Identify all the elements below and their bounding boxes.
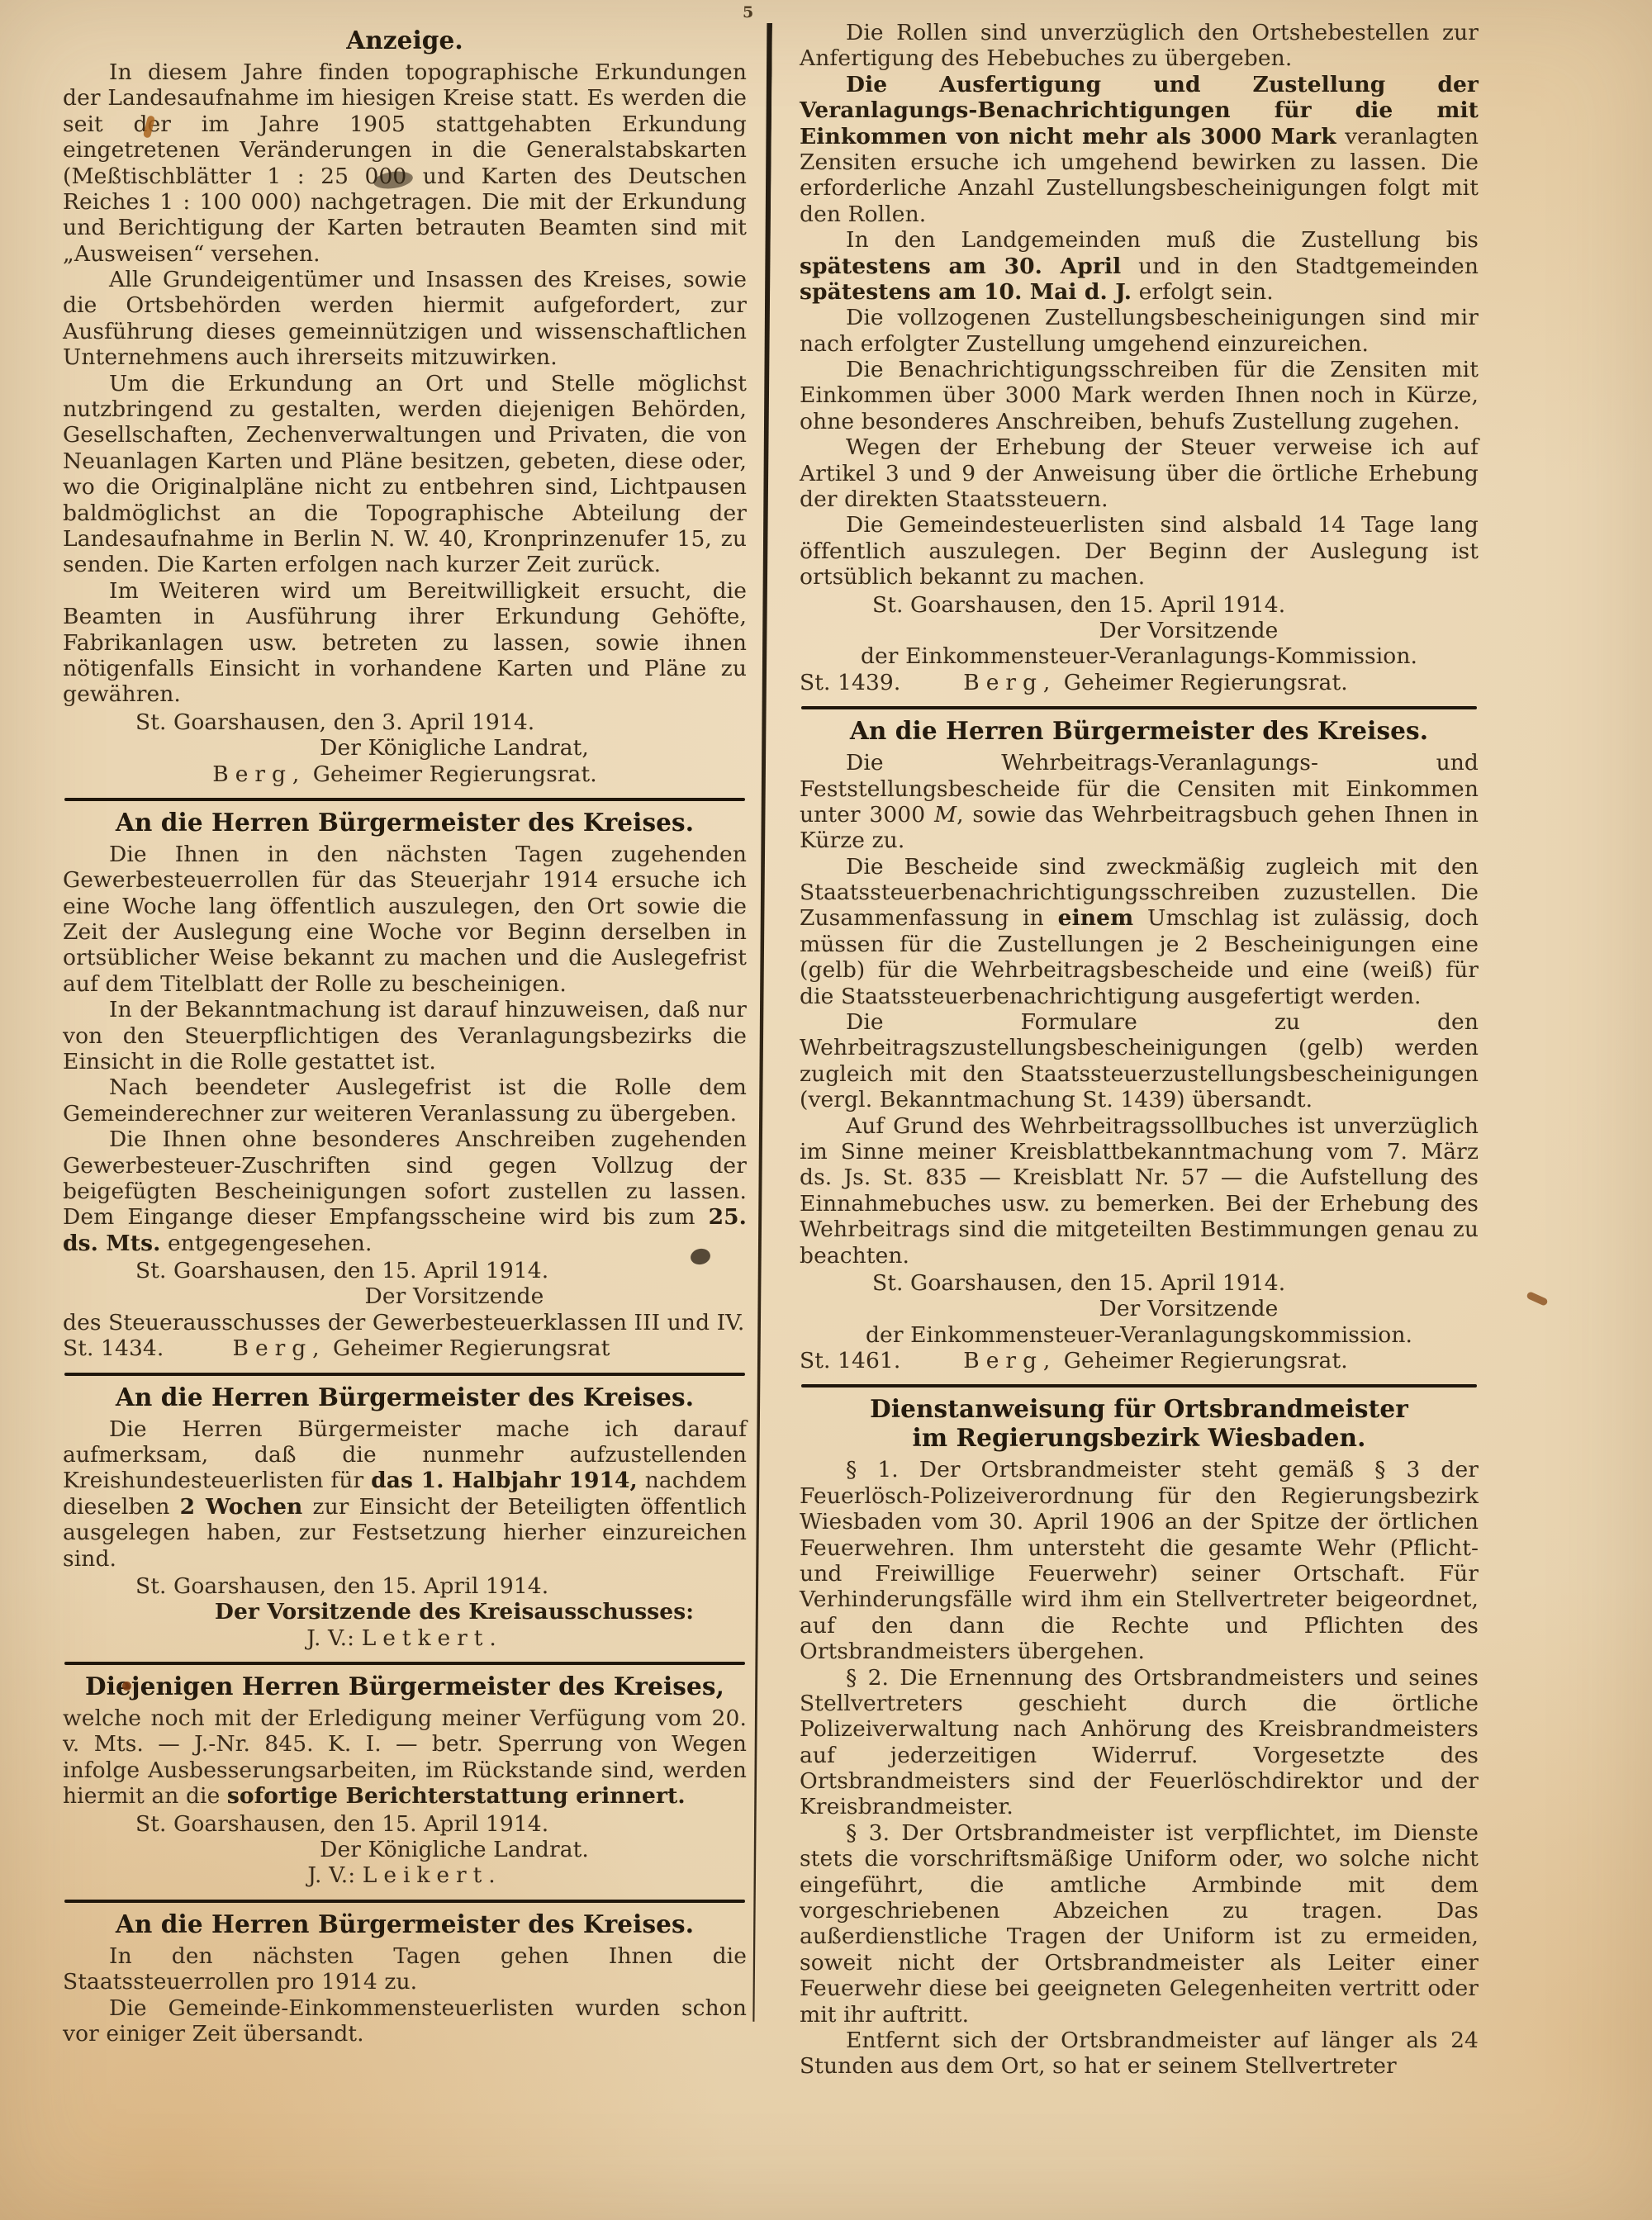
text-run: Die Formulare zu den Wehrbeitragszustell… bbox=[800, 1009, 1479, 1112]
signature-line: Der Vorsitzende bbox=[800, 618, 1479, 643]
paragraph: Auf Grund des Wehrbeitragssollbuches ist… bbox=[800, 1113, 1479, 1269]
dateline: St. Goarshausen, den 15. April 1914. bbox=[800, 592, 1479, 618]
text-run: An die Herren Bürgermeister des Kreises. bbox=[116, 1383, 694, 1411]
signature-row: St. 1439.Berg, Geheimer Regierungsrat. bbox=[800, 670, 1479, 695]
section-heading: An die Herren Bürgermeister des Kreises. bbox=[63, 1383, 747, 1412]
text-run: das 1. Halbjahr 1914, bbox=[371, 1468, 638, 1493]
section-heading: Dienstanweisung für Ortsbrandmeister bbox=[800, 1395, 1479, 1424]
section-subheading: im Regierungsbezirk Wiesbaden. bbox=[800, 1424, 1479, 1453]
text-run: Wegen der Erhebung der Steuer verweise i… bbox=[800, 434, 1479, 512]
signature-line: J. V.: Leikert. bbox=[63, 1862, 747, 1888]
text-run: J. V.: bbox=[307, 1862, 362, 1888]
signature-name: Berg, Geheimer Regierungsrat. bbox=[963, 670, 1347, 695]
reference-number: St. 1461. bbox=[800, 1348, 900, 1373]
text-run: St. Goarshausen, den 15. April 1914. bbox=[135, 1573, 548, 1599]
text-run: Im Weiteren wird um Bereitwilligkeit ers… bbox=[63, 578, 747, 708]
paragraph: In der Bekanntmachung ist darauf hinzuwe… bbox=[63, 997, 747, 1074]
text-run: Berg, bbox=[963, 670, 1056, 695]
paper-stain bbox=[122, 1682, 131, 1691]
section-divider-rule bbox=[64, 1662, 745, 1665]
paragraph: Die Ihnen in den nächsten Tagen zugehend… bbox=[63, 842, 747, 997]
text-run: Die Benachrichtigungsschreiben für die Z… bbox=[800, 357, 1479, 434]
page-number-mark: 5 bbox=[743, 3, 753, 21]
newspaper-page: 5 Anzeige.In diesem Jahre finden topogra… bbox=[0, 0, 1652, 2220]
dateline: St. Goarshausen, den 15. April 1914. bbox=[800, 1270, 1479, 1296]
paragraph: Nach beendeter Auslegefrist ist die Roll… bbox=[63, 1074, 747, 1127]
section-heading: Anzeige. bbox=[63, 26, 747, 55]
text-run: An die Herren Bürgermeister des Kreises. bbox=[116, 1909, 694, 1938]
text-run: und in den Stadtgemeinden bbox=[1121, 254, 1479, 279]
paragraph: Die Gemeindesteuerlisten sind alsbald 14… bbox=[800, 512, 1479, 590]
text-run: St. Goarshausen, den 3. April 1914. bbox=[135, 709, 534, 735]
text-run: Nach beendeter Auslegefrist ist die Roll… bbox=[63, 1074, 747, 1126]
text-run: Der Vorsitzende bbox=[1099, 618, 1279, 643]
signature-line: der Einkommensteuer-Veranlagungskommissi… bbox=[800, 1322, 1479, 1348]
text-run: Berg, bbox=[212, 761, 306, 787]
section-divider-rule bbox=[801, 1384, 1477, 1387]
paragraph: In den Landgemeinden muß die Zustellung … bbox=[800, 227, 1479, 305]
paragraph: Die Rollen sind unverzüglich den Ortsheb… bbox=[800, 20, 1479, 72]
section-heading: An die Herren Bürgermeister des Kreises. bbox=[63, 809, 747, 837]
signature-line: J. V.: Letkert. bbox=[63, 1625, 747, 1651]
reference-number: St. 1434. bbox=[63, 1335, 164, 1361]
signature-name: Berg, Geheimer Regierungsrat. bbox=[963, 1348, 1347, 1373]
signature-line: Der Vorsitzende des Kreisausschusses: bbox=[63, 1599, 747, 1625]
text-run: Der Königliche Landrat. bbox=[320, 1837, 589, 1862]
paragraph: Wegen der Erhebung der Steuer verweise i… bbox=[800, 434, 1479, 512]
text-run: erfolgt sein. bbox=[1132, 279, 1274, 305]
paragraph: Die Formulare zu den Wehrbeitragszustell… bbox=[800, 1009, 1479, 1113]
text-run: 2 Wochen bbox=[180, 1494, 303, 1520]
text-run: Der Vorsitzende bbox=[1099, 1296, 1279, 1321]
reference-number: St. 1439. bbox=[800, 670, 900, 695]
text-run: Die Gemeinde-Einkommensteuerlisten wurde… bbox=[63, 1995, 747, 2047]
signature-line: Der Königliche Landrat. bbox=[63, 1837, 747, 1862]
text-run: Alle Grundeigentümer und Insassen des Kr… bbox=[63, 267, 747, 370]
text-run: Auf Grund des Wehrbeitragssollbuches ist… bbox=[800, 1113, 1479, 1269]
text-run: An die Herren Bürgermeister des Kreises. bbox=[116, 808, 694, 837]
text-run: entgegengesehen. bbox=[160, 1231, 372, 1256]
section-divider-rule bbox=[64, 1373, 745, 1376]
text-run: sofortige Berichterstattung erinnert. bbox=[227, 1783, 686, 1809]
paragraph: Die Wehrbeitrags-Veranlagungs- und Fests… bbox=[800, 750, 1479, 854]
text-run: St. 1439. bbox=[800, 670, 900, 695]
text-run: Der Vorsitzende des Kreisausschusses: bbox=[215, 1599, 694, 1625]
text-run: Berg, bbox=[963, 1348, 1056, 1373]
text-run: der Einkommensteuer-Veranlagungskommissi… bbox=[866, 1322, 1412, 1348]
text-run: Geheimer Regierungsrat. bbox=[306, 761, 596, 787]
signature-row: St. 1434.Berg, Geheimer Regierungsrat bbox=[63, 1335, 747, 1361]
section-divider-rule bbox=[64, 1900, 745, 1903]
signature-line: des Steuerausschusses der Gewerbesteuerk… bbox=[63, 1310, 747, 1335]
text-run: des Steuerausschusses der Gewerbesteuerk… bbox=[63, 1310, 744, 1335]
text-run: St. 1434. bbox=[63, 1335, 164, 1361]
signature-line: Der Vorsitzende bbox=[63, 1283, 747, 1309]
text-run: Berg, bbox=[233, 1335, 326, 1361]
text-run: Der Vorsitzende bbox=[365, 1283, 544, 1309]
dateline: St. Goarshausen, den 15. April 1914. bbox=[63, 1258, 747, 1283]
text-run: St. Goarshausen, den 15. April 1914. bbox=[135, 1258, 548, 1283]
text-run: Die Ihnen in den nächsten Tagen zugehend… bbox=[63, 842, 747, 997]
text-run: Geheimer Regierungsrat. bbox=[1056, 670, 1347, 695]
paragraph: Alle Grundeigentümer und Insassen des Kr… bbox=[63, 267, 747, 371]
text-run: St. Goarshausen, den 15. April 1914. bbox=[872, 592, 1285, 618]
paragraph: § 3. Der Ortsbrandmeister ist verpflicht… bbox=[800, 1820, 1479, 2028]
paper-stain bbox=[1526, 1291, 1548, 1307]
text-run: § 2. Die Ernennung des Ortsbrandmeisters… bbox=[800, 1665, 1479, 1820]
paragraph: Die Benachrichtigungsschreiben für die Z… bbox=[800, 357, 1479, 434]
text-run: St. 1461. bbox=[800, 1348, 900, 1373]
paragraph: Die Herren Bürgermeister mache ich darau… bbox=[63, 1416, 747, 1572]
section-heading: An die Herren Bürgermeister des Kreises. bbox=[800, 717, 1479, 746]
paragraph: welche noch mit der Erledigung meiner Ve… bbox=[63, 1705, 747, 1810]
text-run: Entfernt sich der Ortsbrandmeister auf l… bbox=[800, 2028, 1479, 2079]
section-divider-rule bbox=[801, 706, 1477, 709]
signature-line: Der Königliche Landrat, bbox=[63, 735, 747, 761]
dateline: St. Goarshausen, den 3. April 1914. bbox=[63, 709, 747, 735]
text-run: Die Ihnen ohne besonderes Anschreiben zu… bbox=[63, 1127, 747, 1230]
text-run: Die vollzogenen Zustellungsbescheinigung… bbox=[800, 305, 1479, 356]
text-run: M bbox=[934, 802, 957, 828]
text-run: Anzeige. bbox=[346, 26, 463, 55]
signature-row: St. 1461.Berg, Geheimer Regierungsrat. bbox=[800, 1348, 1479, 1373]
text-run: Letkert. bbox=[362, 1625, 503, 1651]
text-run: Die Gemeindesteuerlisten sind alsbald 14… bbox=[800, 512, 1479, 590]
text-run: Der Königliche Landrat, bbox=[320, 735, 589, 761]
paragraph: Entfernt sich der Ortsbrandmeister auf l… bbox=[800, 2028, 1479, 2080]
section-divider-rule bbox=[64, 798, 745, 801]
text-run: Diejenigen Herren Bürgermeister des Krei… bbox=[85, 1672, 724, 1701]
paragraph: Im Weiteren wird um Bereitwilligkeit ers… bbox=[63, 578, 747, 708]
text-run: In den Landgemeinden muß die Zustellung … bbox=[846, 227, 1479, 253]
signature-line: Der Vorsitzende bbox=[800, 1296, 1479, 1321]
text-run: spätestens am 30. April bbox=[800, 254, 1121, 279]
text-run: Geheimer Regierungsrat. bbox=[1056, 1348, 1347, 1373]
paragraph: § 1. Der Ortsbrandmeister steht gemäß § … bbox=[800, 1457, 1479, 1664]
column-right: Die Rollen sind unverzüglich den Ortsheb… bbox=[800, 20, 1479, 2080]
text-run: Um die Erkundung an Ort und Stelle mögli… bbox=[63, 371, 747, 578]
paragraph: Um die Erkundung an Ort und Stelle mögli… bbox=[63, 371, 747, 578]
text-run: St. Goarshausen, den 15. April 1914. bbox=[872, 1270, 1285, 1296]
paragraph: Die vollzogenen Zustellungsbescheinigung… bbox=[800, 305, 1479, 357]
text-run: einem bbox=[1058, 905, 1134, 931]
dateline: St. Goarshausen, den 15. April 1914. bbox=[63, 1573, 747, 1599]
text-run: In diesem Jahre finden topographische Er… bbox=[63, 59, 747, 267]
text-run: J. V.: bbox=[306, 1625, 361, 1651]
paragraph: Die Ihnen ohne besonderes Anschreiben zu… bbox=[63, 1127, 747, 1256]
text-run: St. Goarshausen, den 15. April 1914. bbox=[135, 1811, 548, 1837]
text-run: Leikert. bbox=[363, 1862, 502, 1888]
text-run: An die Herren Bürgermeister des Kreises. bbox=[850, 716, 1428, 745]
text-run: § 1. Der Ortsbrandmeister steht gemäß § … bbox=[800, 1457, 1479, 1664]
column-divider-rule bbox=[750, 23, 772, 2022]
text-run: § 3. Der Ortsbrandmeister ist verpflicht… bbox=[800, 1820, 1479, 2028]
paragraph: Die Bescheide sind zweckmäßig zugleich m… bbox=[800, 854, 1479, 1009]
section-heading: Diejenigen Herren Bürgermeister des Krei… bbox=[63, 1672, 747, 1701]
text-run: In den nächsten Tagen gehen Ihnen die St… bbox=[63, 1943, 747, 1995]
paragraph: In diesem Jahre finden topographische Er… bbox=[63, 59, 747, 267]
text-run: spätestens am 10. Mai d. J. bbox=[800, 279, 1132, 305]
section-heading: An die Herren Bürgermeister des Kreises. bbox=[63, 1910, 747, 1939]
text-run: Die Rollen sind unverzüglich den Ortsheb… bbox=[800, 20, 1479, 71]
paragraph: In den nächsten Tagen gehen Ihnen die St… bbox=[63, 1943, 747, 1995]
paragraph: Die Gemeinde-Einkommensteuerlisten wurde… bbox=[63, 1995, 747, 2047]
text-run: Geheimer Regierungsrat bbox=[326, 1335, 610, 1361]
signature-line: der Einkommensteuer-Veranlagungs-Kommiss… bbox=[800, 643, 1479, 669]
dateline: St. Goarshausen, den 15. April 1914. bbox=[63, 1811, 747, 1837]
signature-line: Berg, Geheimer Regierungsrat. bbox=[63, 761, 747, 787]
signature-name: Berg, Geheimer Regierungsrat bbox=[233, 1335, 610, 1361]
column-left: Anzeige.In diesem Jahre finden topograph… bbox=[63, 20, 747, 2047]
text-run: Dienstanweisung für Ortsbrandmeister bbox=[870, 1394, 1408, 1423]
text-run: im Regierungsbezirk Wiesbaden. bbox=[913, 1423, 1366, 1452]
paragraph: Die Ausfertigung und Zustellung der Vera… bbox=[800, 72, 1479, 227]
paragraph: § 2. Die Ernennung des Ortsbrandmeisters… bbox=[800, 1665, 1479, 1820]
text-run: In der Bekanntmachung ist darauf hinzuwe… bbox=[63, 997, 747, 1074]
text-run: der Einkommensteuer-Veranlagungs-Kommiss… bbox=[861, 643, 1417, 669]
